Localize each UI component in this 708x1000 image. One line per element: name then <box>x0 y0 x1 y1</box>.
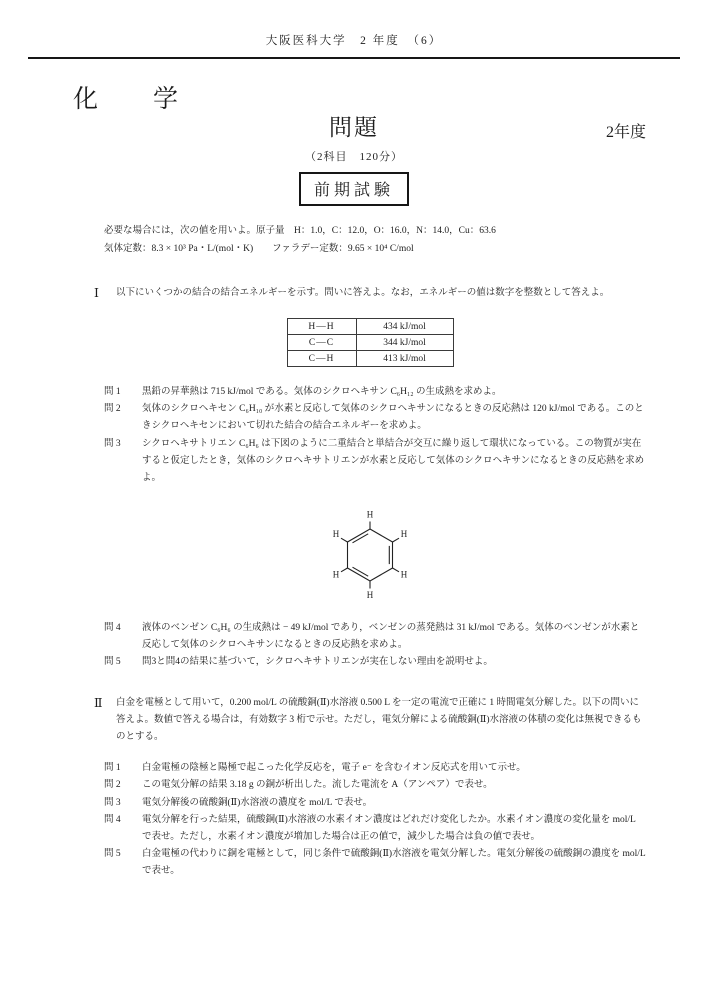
question-item: 問 3 電気分解後の硫酸銅(Ⅱ)水溶液の濃度を mol/L で表せ。 <box>104 795 646 812</box>
header-rule <box>28 57 680 59</box>
question-label: 問 2 <box>104 777 142 794</box>
h-atom-label: H <box>367 590 374 600</box>
energy-cell: 344 kJ/mol <box>356 335 453 351</box>
question-item: 問 5 問3と問4の結果に基づいて，シクロヘキサトリエンが実在しない理由を説明せ… <box>104 654 646 671</box>
question-label: 問 1 <box>104 760 142 777</box>
exam-type-wrap: 前期試験 <box>0 172 708 206</box>
h-atom-label: H <box>333 529 340 539</box>
question-item: 問 1 白金電極の陰極と陽極で起こった化学反応を，電子 e⁻ を含むイオン反応式… <box>104 760 646 777</box>
main-title: 問題 <box>0 109 708 142</box>
table-row: C—C 344 kJ/mol <box>287 335 453 351</box>
question-text: 電気分解後の硫酸銅(Ⅱ)水溶液の濃度を mol/L で表せ。 <box>142 795 646 812</box>
page-header: 大阪医科大学 2 年度 （6） <box>0 32 708 48</box>
section-1-questions-a: 問 1 黒鉛の昇華熱は 715 kJ/mol である。気体のシクロヘキサン C₆… <box>104 384 646 487</box>
bond-cell: C—C <box>287 335 356 351</box>
section-2: Ⅱ 白金を電極として用いて，0.200 mol/L の硫酸銅(Ⅱ)水溶液 0.5… <box>94 695 646 880</box>
section-1-heading: Ⅰ 以下にいくつかの結合の結合エネルギーを示す。問いに答えよ。なお，エネルギーの… <box>94 285 646 302</box>
question-label: 問 1 <box>104 384 142 401</box>
question-text: 問3と問4の結果に基づいて，シクロヘキサトリエンが実在しない理由を説明せよ。 <box>142 654 646 671</box>
section-1-questions-b: 問 4 液体のベンゼン C₆H₆ の生成熱は − 49 kJ/mol であり，ベ… <box>104 620 646 671</box>
question-label: 問 4 <box>104 812 142 846</box>
cyclohexatriene-diagram: H H H H H H <box>94 503 646 610</box>
table-row: C—H 413 kJ/mol <box>287 351 453 367</box>
bond-cell: C—H <box>287 351 356 367</box>
question-label: 問 3 <box>104 436 142 487</box>
energy-cell: 413 kJ/mol <box>356 351 453 367</box>
question-label: 問 4 <box>104 620 142 654</box>
usage-notes: 必要な場合には，次の値を用いよ。原子量 H：1.0，C：12.0，O：16.0，… <box>104 223 648 258</box>
section-1: Ⅰ 以下にいくつかの結合の結合エネルギーを示す。問いに答えよ。なお，エネルギーの… <box>94 285 646 671</box>
question-text: 白金電極の代わりに銅を電極として，同じ条件で硫酸銅(Ⅱ)水溶液を電気分解した。電… <box>142 846 646 880</box>
question-item: 問 4 電気分解を行った結果，硫酸銅(Ⅱ)水溶液の水素イオン濃度はどれだけ変化し… <box>104 812 646 846</box>
section-2-numeral: Ⅱ <box>94 695 116 746</box>
section-1-numeral: Ⅰ <box>94 285 116 302</box>
exam-type-box: 前期試験 <box>299 172 409 206</box>
table-row: H—H 434 kJ/mol <box>287 319 453 335</box>
question-text: 電気分解を行った結果，硫酸銅(Ⅱ)水溶液の水素イオン濃度はどれだけ変化したか。水… <box>142 812 646 846</box>
bond-energy-table: H—H 434 kJ/mol C—C 344 kJ/mol C—H 413 kJ… <box>287 318 454 367</box>
question-text: 気体のシクロヘキセン C₆H₁₀ が水素と反応して気体のシクロヘキサンになるとき… <box>142 401 646 435</box>
question-item: 問 2 この電気分解の結果 3.18 g の銅が析出した。流した電流を A（アン… <box>104 777 646 794</box>
benzene-ring-icon: H H H H H H <box>320 503 420 607</box>
question-text: 黒鉛の昇華熱は 715 kJ/mol である。気体のシクロヘキサン C₆H₁₂ … <box>142 384 646 401</box>
question-text: 液体のベンゼン C₆H₆ の生成熱は − 49 kJ/mol であり，ベンゼンの… <box>142 620 646 654</box>
section-2-intro: 白金を電極として用いて，0.200 mol/L の硫酸銅(Ⅱ)水溶液 0.500… <box>116 695 646 746</box>
exam-subtitle: （2科目 120分） <box>0 148 708 164</box>
notes-atomic-weights: 必要な場合には，次の値を用いよ。原子量 H：1.0，C：12.0，O：16.0，… <box>104 223 648 241</box>
section-1-intro: 以下にいくつかの結合の結合エネルギーを示す。問いに答えよ。なお，エネルギーの値は… <box>116 285 646 302</box>
h-atom-label: H <box>401 529 408 539</box>
question-label: 問 5 <box>104 654 142 671</box>
h-atom-label: H <box>401 569 408 579</box>
question-item: 問 3 シクロヘキサトリエン C₆H₆ は下図のように二重結合と単結合が交互に繰… <box>104 436 646 487</box>
exam-document-page: 大阪医科大学 2 年度 （6） 化 学 問題 2年度 （2科目 120分） 前期… <box>0 0 708 1000</box>
h-atom-label: H <box>367 509 374 519</box>
question-item: 問 2 気体のシクロヘキセン C₆H₁₀ が水素と反応して気体のシクロヘキサンに… <box>104 401 646 435</box>
question-item: 問 5 白金電極の代わりに銅を電極として，同じ条件で硫酸銅(Ⅱ)水溶液を電気分解… <box>104 846 646 880</box>
notes-constants: 気体定数：8.3 × 10³ Pa・L/(mol・K) ファラデー定数：9.65… <box>104 241 648 259</box>
question-text: この電気分解の結果 3.18 g の銅が析出した。流した電流を A（アンペア）で… <box>142 777 646 794</box>
title-row: 問題 2年度 <box>0 109 708 143</box>
bond-cell: H—H <box>287 319 356 335</box>
question-label: 問 5 <box>104 846 142 880</box>
question-text: 白金電極の陰極と陽極で起こった化学反応を，電子 e⁻ を含むイオン反応式を用いて… <box>142 760 646 777</box>
question-item: 問 1 黒鉛の昇華熱は 715 kJ/mol である。気体のシクロヘキサン C₆… <box>104 384 646 401</box>
section-2-questions: 問 1 白金電極の陰極と陽極で起こった化学反応を，電子 e⁻ を含むイオン反応式… <box>104 760 646 880</box>
h-atom-label: H <box>333 569 340 579</box>
question-label: 問 3 <box>104 795 142 812</box>
section-2-heading: Ⅱ 白金を電極として用いて，0.200 mol/L の硫酸銅(Ⅱ)水溶液 0.5… <box>94 695 646 746</box>
question-item: 問 4 液体のベンゼン C₆H₆ の生成熱は − 49 kJ/mol であり，ベ… <box>104 620 646 654</box>
energy-cell: 434 kJ/mol <box>356 319 453 335</box>
question-text: シクロヘキサトリエン C₆H₆ は下図のように二重結合と単結合が交互に繰り返して… <box>142 436 646 487</box>
year-label: 2年度 <box>606 119 646 142</box>
question-label: 問 2 <box>104 401 142 435</box>
